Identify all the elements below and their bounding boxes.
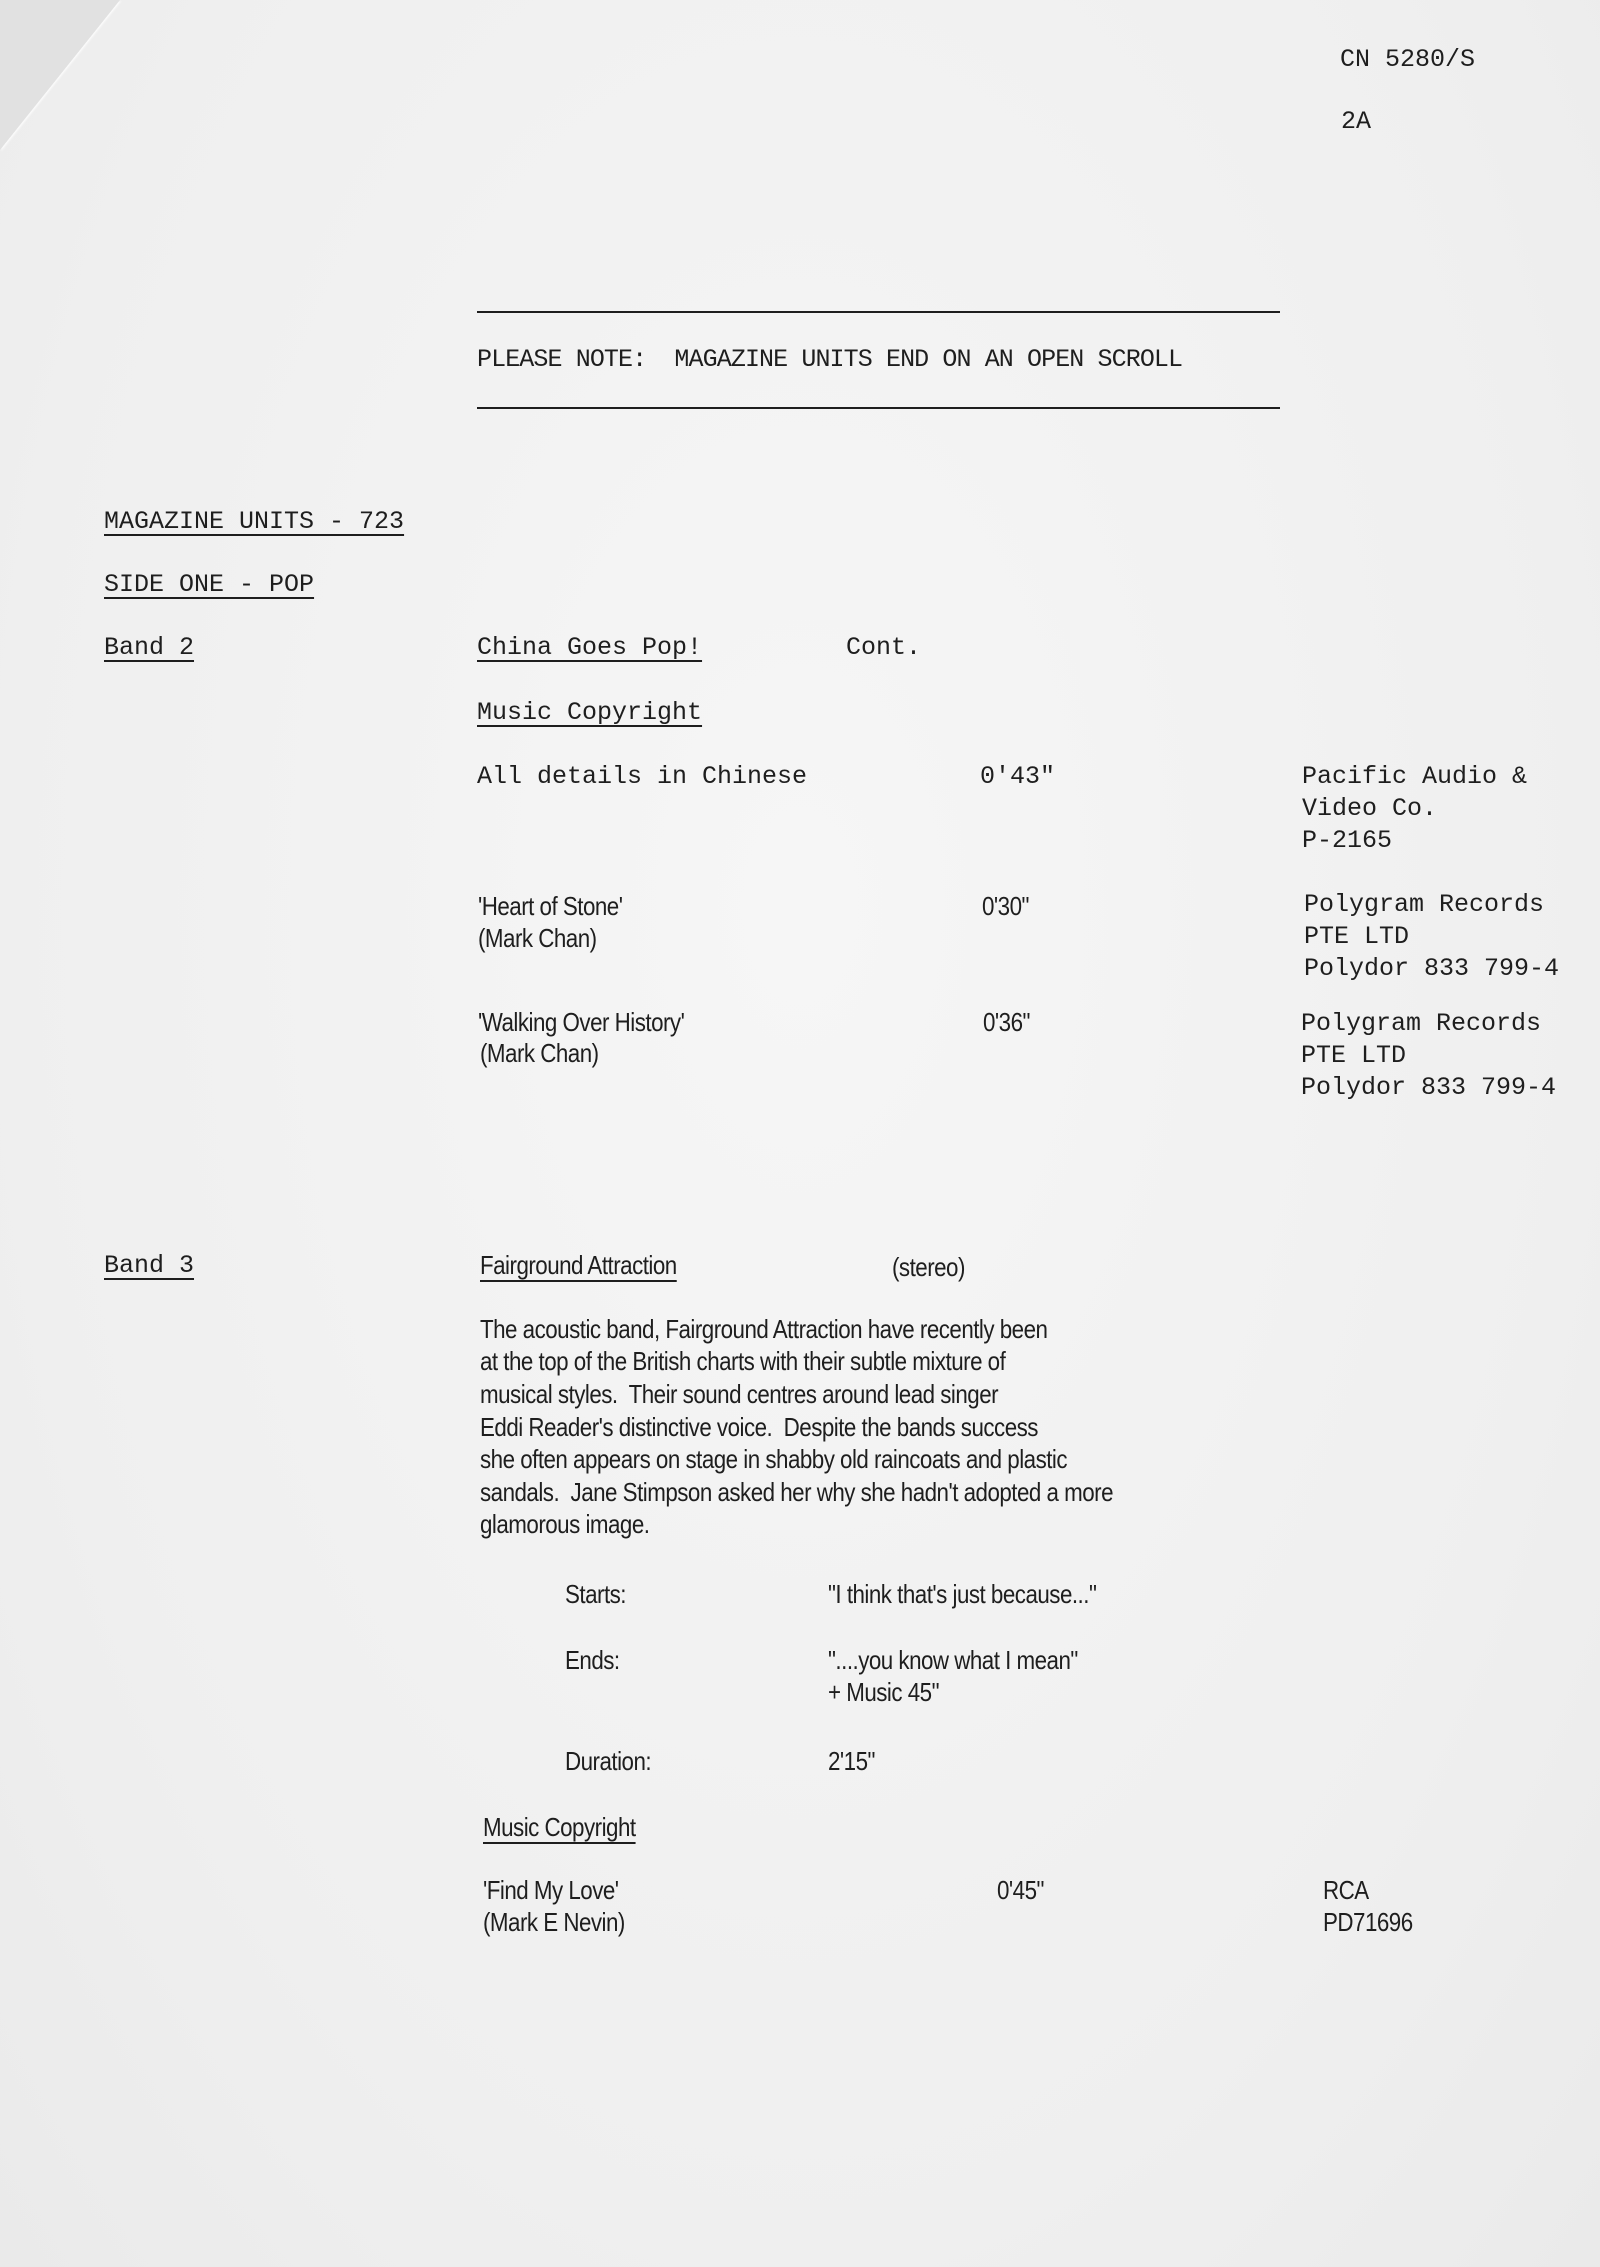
- track-label-line: PTE LTD: [1301, 1040, 1406, 1071]
- section-title: MAGAZINE UNITS - 723: [104, 506, 404, 537]
- description-line: glamorous image.: [480, 1508, 649, 1541]
- document-page: CN 5280/S 2A PLEASE NOTE: MAGAZINE UNITS…: [0, 0, 1600, 2267]
- track-label-line: Polygram Records: [1301, 1008, 1541, 1039]
- description-line: she often appears on stage in shabby old…: [480, 1443, 1067, 1476]
- band-2-label: Band 2: [104, 632, 194, 663]
- track-label-line: PD71696: [1323, 1906, 1413, 1939]
- band-3-title: Fairground Attraction: [480, 1249, 677, 1282]
- track-title: 'Heart of Stone': [478, 890, 622, 923]
- document-reference: CN 5280/S: [1340, 44, 1475, 75]
- band-3-label: Band 3: [104, 1250, 194, 1281]
- notice-rule-bottom: [477, 407, 1280, 409]
- folded-corner: [0, 0, 120, 150]
- track-label-line: PTE LTD: [1304, 921, 1409, 952]
- track-duration: 0'43": [980, 761, 1055, 792]
- band-2-cont: Cont.: [846, 632, 921, 663]
- track-label-line: P-2165: [1302, 825, 1392, 856]
- description-line: Eddi Reader's distinctive voice. Despite…: [480, 1411, 1038, 1444]
- notice-rule-top: [477, 311, 1280, 313]
- track-label-line: Polydor 833 799-4: [1304, 953, 1559, 984]
- track-composer: (Mark E Nevin): [483, 1906, 625, 1939]
- track-label-line: Polydor 833 799-4: [1301, 1072, 1556, 1103]
- description-line: at the top of the British charts with th…: [480, 1345, 1005, 1378]
- track-label-line: Pacific Audio &: [1302, 761, 1527, 792]
- band-3-copyright-heading: Music Copyright: [483, 1811, 636, 1844]
- description-line: musical styles. Their sound centres arou…: [480, 1378, 998, 1411]
- notice-text: PLEASE NOTE: MAGAZINE UNITS END ON AN OP…: [477, 344, 1182, 375]
- band-2-copyright-heading: Music Copyright: [477, 697, 702, 728]
- track-composer: (Mark Chan): [480, 1037, 599, 1070]
- page-number: 2A: [1341, 106, 1371, 137]
- side-heading: SIDE ONE - POP: [104, 569, 314, 600]
- track-title: 'Walking Over History': [478, 1006, 684, 1039]
- band-2-title: China Goes Pop!: [477, 632, 702, 663]
- track-label-line: RCA: [1323, 1874, 1369, 1907]
- description-line: The acoustic band, Fairground Attraction…: [480, 1313, 1047, 1346]
- starts-label: Starts:: [565, 1578, 626, 1611]
- starts-value: "I think that's just because...": [828, 1578, 1096, 1611]
- track-title: All details in Chinese: [477, 761, 807, 792]
- duration-value: 2'15": [828, 1745, 875, 1778]
- track-duration: 0'36": [983, 1006, 1030, 1039]
- track-duration: 0'30": [982, 890, 1029, 923]
- track-composer: (Mark Chan): [478, 922, 597, 955]
- band-3-mode: (stereo): [892, 1251, 965, 1284]
- ends-label: Ends:: [565, 1644, 620, 1677]
- track-duration: 0'45": [997, 1874, 1044, 1907]
- ends-value: "....you know what I mean": [828, 1644, 1078, 1677]
- track-label-line: Video Co.: [1302, 793, 1437, 824]
- track-label-line: Polygram Records: [1304, 889, 1544, 920]
- track-title: 'Find My Love': [483, 1874, 619, 1907]
- ends-value-music: + Music 45": [828, 1676, 939, 1709]
- description-line: sandals. Jane Stimpson asked her why she…: [480, 1476, 1113, 1509]
- duration-label: Duration:: [565, 1745, 651, 1778]
